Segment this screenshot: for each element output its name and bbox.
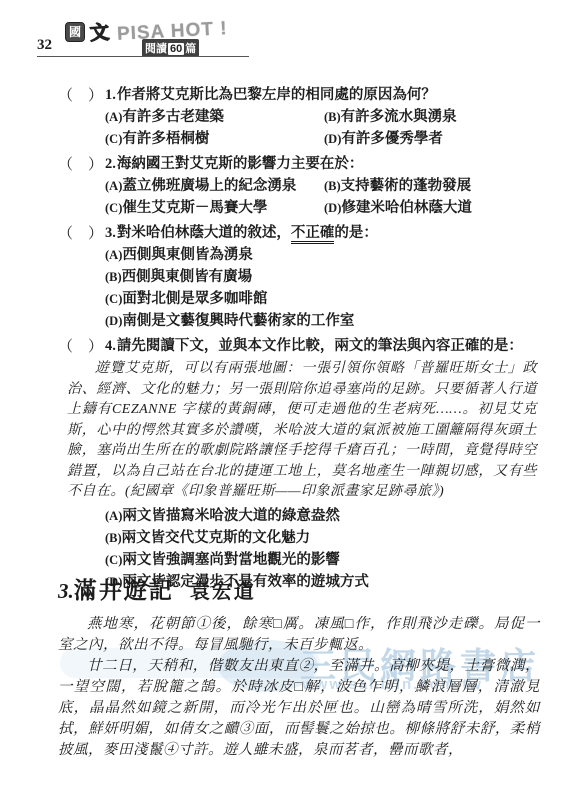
- option-a: (A)有許多古老建築: [105, 106, 320, 128]
- option-c: (C)兩文皆強調塞尚對當地觀光的影響: [105, 549, 540, 571]
- option-a: (A)兩文皆描寫米哈波大道的綠意盎然: [105, 505, 540, 527]
- lesson-author: 袁宏道: [190, 581, 256, 603]
- option-label: (D): [324, 201, 341, 215]
- answer-bracket: （ ）: [58, 153, 105, 174]
- question-number: 4.: [105, 338, 116, 354]
- option-c: (C)有許多梧桐樹: [105, 128, 320, 150]
- option-label: (B): [105, 270, 122, 284]
- lesson-number: 3.: [58, 579, 74, 603]
- lesson-title: 3.滿井遊記袁宏道: [58, 572, 256, 605]
- passage-paragraph-1: 燕地寒，花朝節①後，餘寒□厲。凍風□作，作則飛沙走礫。局促一室之內，欲出不得。每…: [58, 614, 540, 656]
- option-text: 兩文皆強調塞尚對當地觀光的影響: [122, 552, 340, 568]
- option-text: 支持藝術的蓬勃發展: [341, 178, 472, 194]
- question-1: （ ） 1.作者將艾克斯比為巴黎左岸的相同處的原因為何？ (A)有許多古老建築 …: [58, 84, 540, 150]
- question-stem-underlined: 不正確: [291, 225, 335, 244]
- option-text: 催生艾克斯－馬賽大學: [122, 200, 267, 216]
- reading-60-badge: 閱讀60篇: [142, 39, 199, 57]
- option-label: (B): [324, 110, 341, 124]
- option-d: (D)修建米哈伯林蔭大道: [324, 197, 540, 219]
- option-text: 蓋立佛班廣場上的紀念湧泉: [122, 178, 296, 194]
- option-text: 面對北側是眾多咖啡館: [122, 291, 267, 307]
- badge-count: 60: [168, 43, 184, 55]
- lesson-passage: 燕地寒，花朝節①後，餘寒□厲。凍風□作，作則飛沙走礫。局促一室之內，欲出不得。每…: [58, 614, 540, 761]
- guo-character-icon: 國: [65, 22, 85, 42]
- option-a: (A)西側與東側皆為湧泉: [105, 244, 540, 266]
- option-label: (B): [324, 179, 341, 193]
- passage-paragraph-2: 廿二日，天稍和，偕數友出東直②，至滿井。高柳夾堤，土膏微潤，一望空闊，若脫籠之鵠…: [58, 656, 540, 761]
- badge-pian-label: 篇: [185, 43, 196, 55]
- option-text: 有許多古老建築: [122, 109, 224, 125]
- option-text: 兩文皆交代艾克斯的文化魅力: [122, 530, 311, 546]
- option-b: (B)西側與東側皆有廣場: [105, 266, 540, 288]
- question-stem: 4.請先閱讀下文，並與本文作比較，兩文的筆法與內容正確的是：: [105, 335, 540, 357]
- options-grid: (A)有許多古老建築 (B)有許多流水與湧泉 (C)有許多梧桐樹 (D)有許多優…: [105, 106, 540, 150]
- option-label: (C): [105, 132, 122, 146]
- option-d: (D)南側是文藝復興時代藝術家的工作室: [105, 310, 540, 332]
- question-stem-text: 請先閱讀下文，並與本文作比較，兩文的筆法與內容正確的是：: [117, 338, 523, 354]
- question-number: 3.: [105, 225, 116, 241]
- question-3: （ ） 3.對米哈伯林蔭大道的敘述，不正確的是： (A)西側與東側皆為湧泉 (B…: [58, 222, 540, 332]
- option-c: (C)催生艾克斯－馬賽大學: [105, 197, 320, 219]
- question-number: 1.: [105, 87, 116, 103]
- option-label: (C): [105, 292, 122, 306]
- option-label: (A): [105, 110, 122, 124]
- answer-bracket: （ ）: [58, 335, 105, 356]
- option-text: 有許多優秀學者: [341, 131, 443, 147]
- option-b: (B)支持藝術的蓬勃發展: [324, 175, 540, 197]
- badge-reading-label: 閱讀: [145, 43, 167, 55]
- option-text: 西側與東側皆有廣場: [122, 269, 253, 285]
- answer-bracket: （ ）: [58, 84, 105, 105]
- option-text: 有許多梧桐樹: [122, 131, 209, 147]
- option-label: (B): [105, 531, 122, 545]
- question-stem: 3.對米哈伯林蔭大道的敘述，不正確的是：: [105, 222, 540, 244]
- option-b: (B)有許多流水與湧泉: [324, 106, 540, 128]
- option-label: (D): [324, 132, 341, 146]
- header-divider: [37, 56, 249, 57]
- question-stem: 1.作者將艾克斯比為巴黎左岸的相同處的原因為何？: [105, 84, 540, 106]
- reading-quote: 遊覽艾克斯，可以有兩張地圖：一張引領你領略「普羅旺斯女士」政治、經濟、文化的魅力…: [67, 359, 537, 503]
- wen-character-icon: 文: [89, 17, 110, 45]
- question-2: （ ） 2.海納國王對艾克斯的影響力主要在於： (A)蓋立佛班廣場上的紀念湧泉 …: [58, 153, 540, 219]
- question-list: （ ） 1.作者將艾克斯比為巴黎左岸的相同處的原因為何？ (A)有許多古老建築 …: [58, 84, 540, 596]
- answer-bracket: （ ）: [58, 222, 105, 243]
- question-stem: 2.海納國王對艾克斯的影響力主要在於：: [105, 153, 540, 175]
- option-text: 南側是文藝復興時代藝術家的工作室: [122, 313, 354, 329]
- lesson-name: 滿井遊記: [74, 578, 174, 603]
- question-stem-text: 作者將艾克斯比為巴黎左岸的相同處的原因為何？: [117, 87, 436, 103]
- options-list: (A)西側與東側皆為湧泉 (B)西側與東側皆有廣場 (C)面對北側是眾多咖啡館 …: [105, 244, 540, 332]
- option-label: (A): [105, 248, 122, 262]
- question-stem-text-post: 的是：: [334, 225, 378, 241]
- option-a: (A)蓋立佛班廣場上的紀念湧泉: [105, 175, 320, 197]
- option-d: (D)有許多優秀學者: [324, 128, 540, 150]
- option-label: (C): [105, 201, 122, 215]
- question-stem-text: 海納國王對艾克斯的影響力主要在於：: [117, 156, 364, 172]
- page-header: 32 國 文 PISA HOT ! 閱讀60篇: [37, 18, 252, 56]
- option-c: (C)面對北側是眾多咖啡館: [105, 288, 540, 310]
- option-label: (A): [105, 509, 122, 523]
- option-text: 西側與東側皆為湧泉: [122, 247, 253, 263]
- option-label: (C): [105, 553, 122, 567]
- option-label: (D): [105, 314, 122, 328]
- option-label: (A): [105, 179, 122, 193]
- options-grid: (A)蓋立佛班廣場上的紀念湧泉 (B)支持藝術的蓬勃發展 (C)催生艾克斯－馬賽…: [105, 175, 540, 219]
- question-stem-text-pre: 對米哈伯林蔭大道的敘述，: [117, 225, 291, 241]
- option-b: (B)兩文皆交代艾克斯的文化魅力: [105, 527, 540, 549]
- question-4: （ ） 4.請先閱讀下文，並與本文作比較，兩文的筆法與內容正確的是： 遊覽艾克斯…: [58, 335, 540, 593]
- option-text: 修建米哈伯林蔭大道: [341, 200, 472, 216]
- option-text: 有許多流水與湧泉: [341, 109, 457, 125]
- question-number: 2.: [105, 156, 116, 172]
- page-number: 32: [37, 37, 52, 54]
- option-text: 兩文皆描寫米哈波大道的綠意盎然: [122, 508, 340, 524]
- textbook-page: 32 國 文 PISA HOT ! 閱讀60篇 （ ） 1.作者將艾克斯比為巴黎…: [0, 0, 585, 800]
